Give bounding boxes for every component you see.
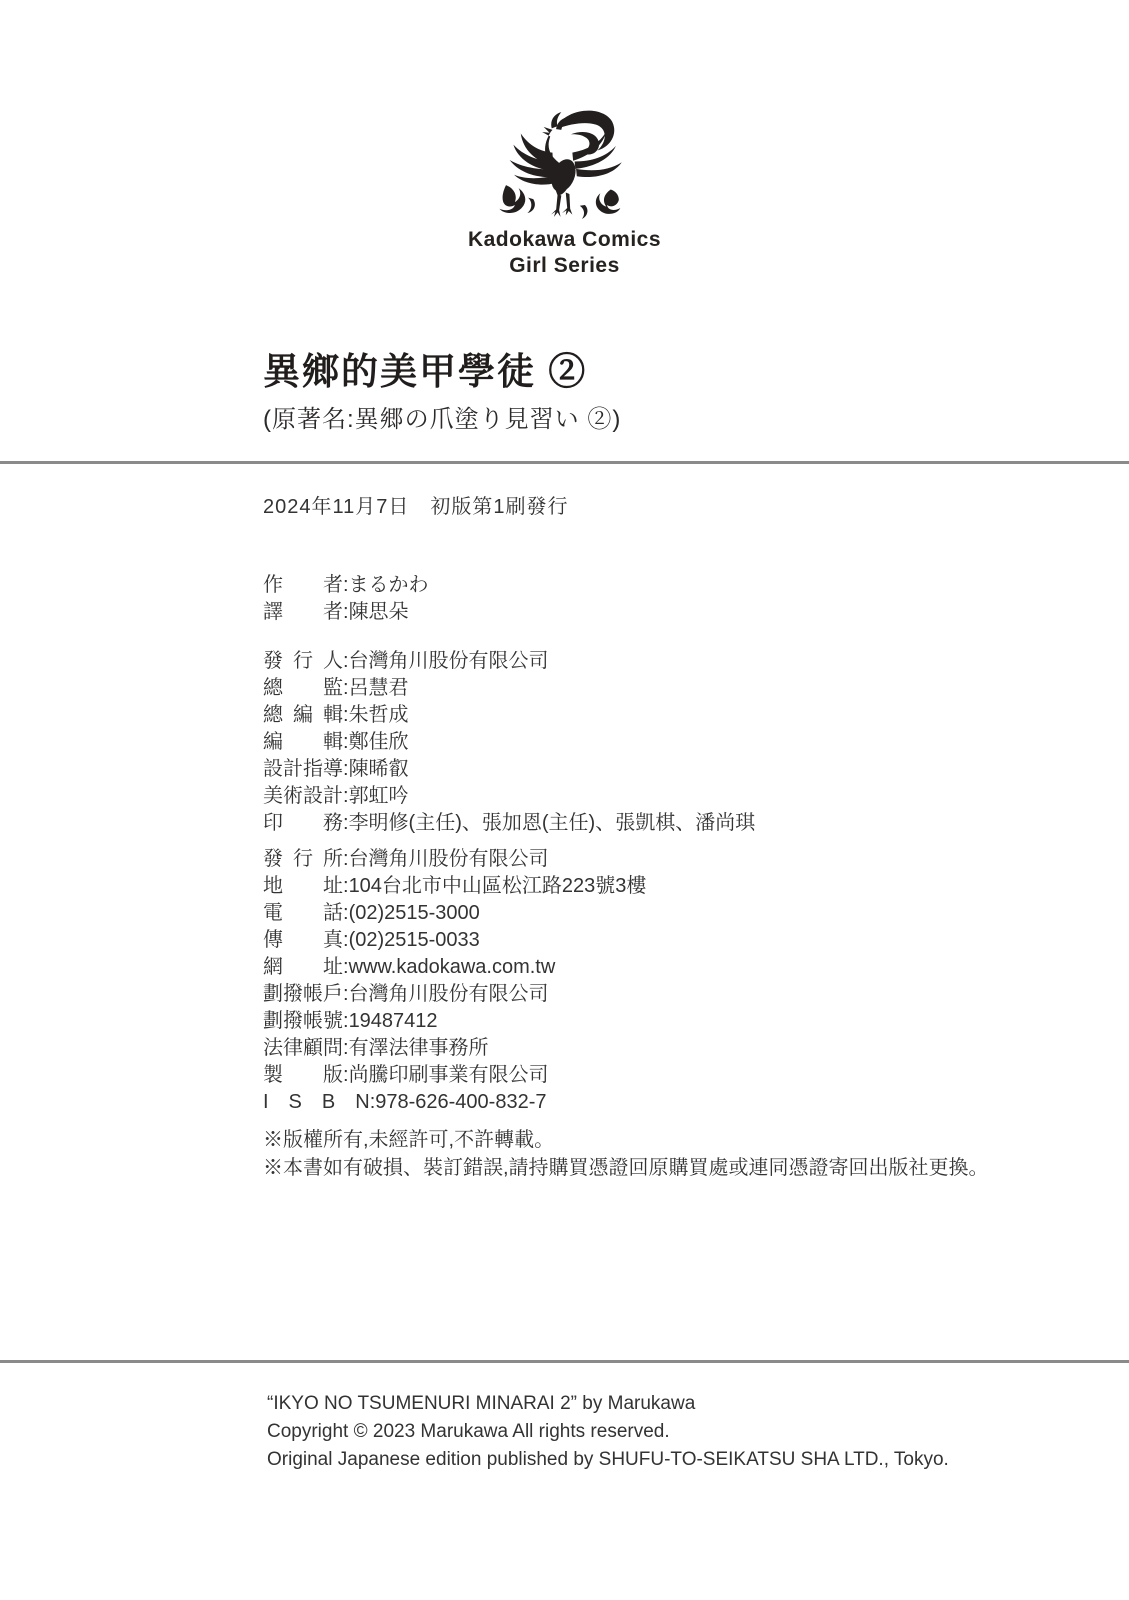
credit-row: 總 編 輯:朱哲成 [263, 702, 755, 729]
footer-line: “IKYO NO TSUMENURI MINARAI 2” by Marukaw… [267, 1390, 949, 1418]
credit-value: 19487412 [349, 1010, 438, 1032]
credit-label: 作 者 [263, 574, 343, 596]
credit-value: 陳晞叡 [349, 758, 409, 780]
credit-row: 編 輯:鄭佳欣 [263, 729, 755, 756]
credit-value: 尚騰印刷事業有限公司 [349, 1064, 549, 1086]
credit-row: 地 址:104台北市中山區松江路223號3樓 [263, 873, 646, 900]
credit-label: 發 行 人 [263, 650, 343, 672]
divider-top [0, 461, 1129, 464]
divider-bottom [0, 1360, 1129, 1363]
credit-value website-url: www.kadokawa.com.tw [349, 956, 556, 978]
credits-author-block: 作 者:まるかわ 譯 者:陳思朵 [263, 572, 429, 626]
credit-label: 美術設計 [263, 785, 343, 807]
credit-value: (02)2515-0033 [349, 929, 480, 951]
original-title: (原著名:異郷の爪塗り見習い ②) [263, 399, 621, 434]
credit-row: 法律顧問:有澤法律事務所 [263, 1035, 646, 1062]
rights-notices: ※版權所有,未經許可,不許轉載。 ※本書如有破損、裝訂錯誤,請持購買憑證回原購買… [263, 1126, 989, 1182]
credit-value: 呂慧君 [349, 677, 409, 699]
credit-row: 網 址:www.kadokawa.com.tw [263, 954, 646, 981]
credits-staff-block: 發 行 人:台灣角川股份有限公司 總 監:呂慧君 總 編 輯:朱哲成 編 輯:鄭… [263, 648, 755, 837]
credit-label: 傳 真 [263, 929, 343, 951]
book-title: 異鄉的美甲學徒 ② [263, 350, 621, 394]
credit-value: 朱哲成 [349, 704, 409, 726]
credit-value: 台灣角川股份有限公司 [349, 983, 549, 1005]
credit-value: 李明修(主任)、張加恩(主任)、張凱棋、潘尚琪 [349, 812, 756, 834]
credit-row: 劃撥帳號:19487412 [263, 1008, 646, 1035]
credit-label: 劃撥帳戶 [263, 983, 343, 1005]
credit-value: (02)2515-3000 [349, 902, 480, 924]
credit-row: 譯 者:陳思朵 [263, 599, 429, 626]
colophon-page: Kadokawa Comics Girl Series 異鄉的美甲學徒 ② (原… [0, 0, 1129, 1600]
edition-line: 2024年11月7日 初版第1刷發行 [263, 490, 569, 519]
credit-label: 電 話 [263, 902, 343, 924]
footer-line: Original Japanese edition published by S… [267, 1446, 949, 1474]
credit-label: I S B N [263, 1091, 370, 1113]
credit-row: 印 務:李明修(主任)、張加恩(主任)、張凱棋、潘尚琪 [263, 810, 755, 837]
credit-label: 製 版 [263, 1064, 343, 1086]
credit-row: 設計指導:陳晞叡 [263, 756, 755, 783]
credit-row: 發 行 所:台灣角川股份有限公司 [263, 846, 646, 873]
credit-row: I S B N:978-626-400-832-7 [263, 1089, 646, 1116]
credit-value: 鄭佳欣 [349, 731, 409, 753]
credit-label: 發 行 所 [263, 848, 343, 870]
credit-label: 劃撥帳號 [263, 1010, 343, 1032]
logo-text-line2: Girl Series [0, 253, 1129, 279]
credit-row: 美術設計:郭虹吟 [263, 783, 755, 810]
credit-label: 譯 者 [263, 601, 343, 623]
credit-label: 設計指導 [263, 758, 343, 780]
credit-value: 104台北市中山區松江路223號3樓 [349, 875, 647, 897]
credit-row: 發 行 人:台灣角川股份有限公司 [263, 648, 755, 675]
credit-value: 台灣角川股份有限公司 [349, 848, 549, 870]
credit-value: 978-626-400-832-7 [375, 1091, 546, 1113]
credits-publisher-block: 發 行 所:台灣角川股份有限公司 地 址:104台北市中山區松江路223號3樓 … [263, 846, 646, 1116]
credit-label: 總 監 [263, 677, 343, 699]
notice-line: ※本書如有破損、裝訂錯誤,請持購買憑證回原購買處或連同憑證寄回出版社更換。 [263, 1154, 989, 1182]
credit-label: 法律顧問 [263, 1037, 343, 1059]
footer-line: Copyright © 2023 Marukawa All rights res… [267, 1418, 949, 1446]
credit-label: 編 輯 [263, 731, 343, 753]
credit-row: 製 版:尚騰印刷事業有限公司 [263, 1062, 646, 1089]
credit-value: 陳思朵 [349, 601, 409, 623]
credit-row: 劃撥帳戶:台灣角川股份有限公司 [263, 981, 646, 1008]
credit-label: 地 址 [263, 875, 343, 897]
credit-row: 電 話:(02)2515-3000 [263, 900, 646, 927]
publisher-logo-block: Kadokawa Comics Girl Series [0, 104, 1129, 279]
credit-label: 總 編 輯 [263, 704, 343, 726]
credit-value: まるかわ [349, 574, 429, 596]
credit-label: 印 務 [263, 812, 343, 834]
logo-text-line1: Kadokawa Comics [0, 227, 1129, 253]
copyright-footer: “IKYO NO TSUMENURI MINARAI 2” by Marukaw… [267, 1390, 949, 1474]
title-block: 異鄉的美甲學徒 ② (原著名:異郷の爪塗り見習い ②) [263, 350, 621, 434]
credit-label: 網 址 [263, 956, 343, 978]
credit-row: 作 者:まるかわ [263, 572, 429, 599]
credit-value: 有澤法律事務所 [349, 1037, 489, 1059]
credit-row: 總 監:呂慧君 [263, 675, 755, 702]
credit-value: 台灣角川股份有限公司 [349, 650, 549, 672]
credit-value: 郭虹吟 [349, 785, 409, 807]
notice-line: ※版權所有,未經許可,不許轉載。 [263, 1126, 989, 1154]
kadokawa-phoenix-icon [481, 104, 649, 222]
credit-row: 傳 真:(02)2515-0033 [263, 927, 646, 954]
